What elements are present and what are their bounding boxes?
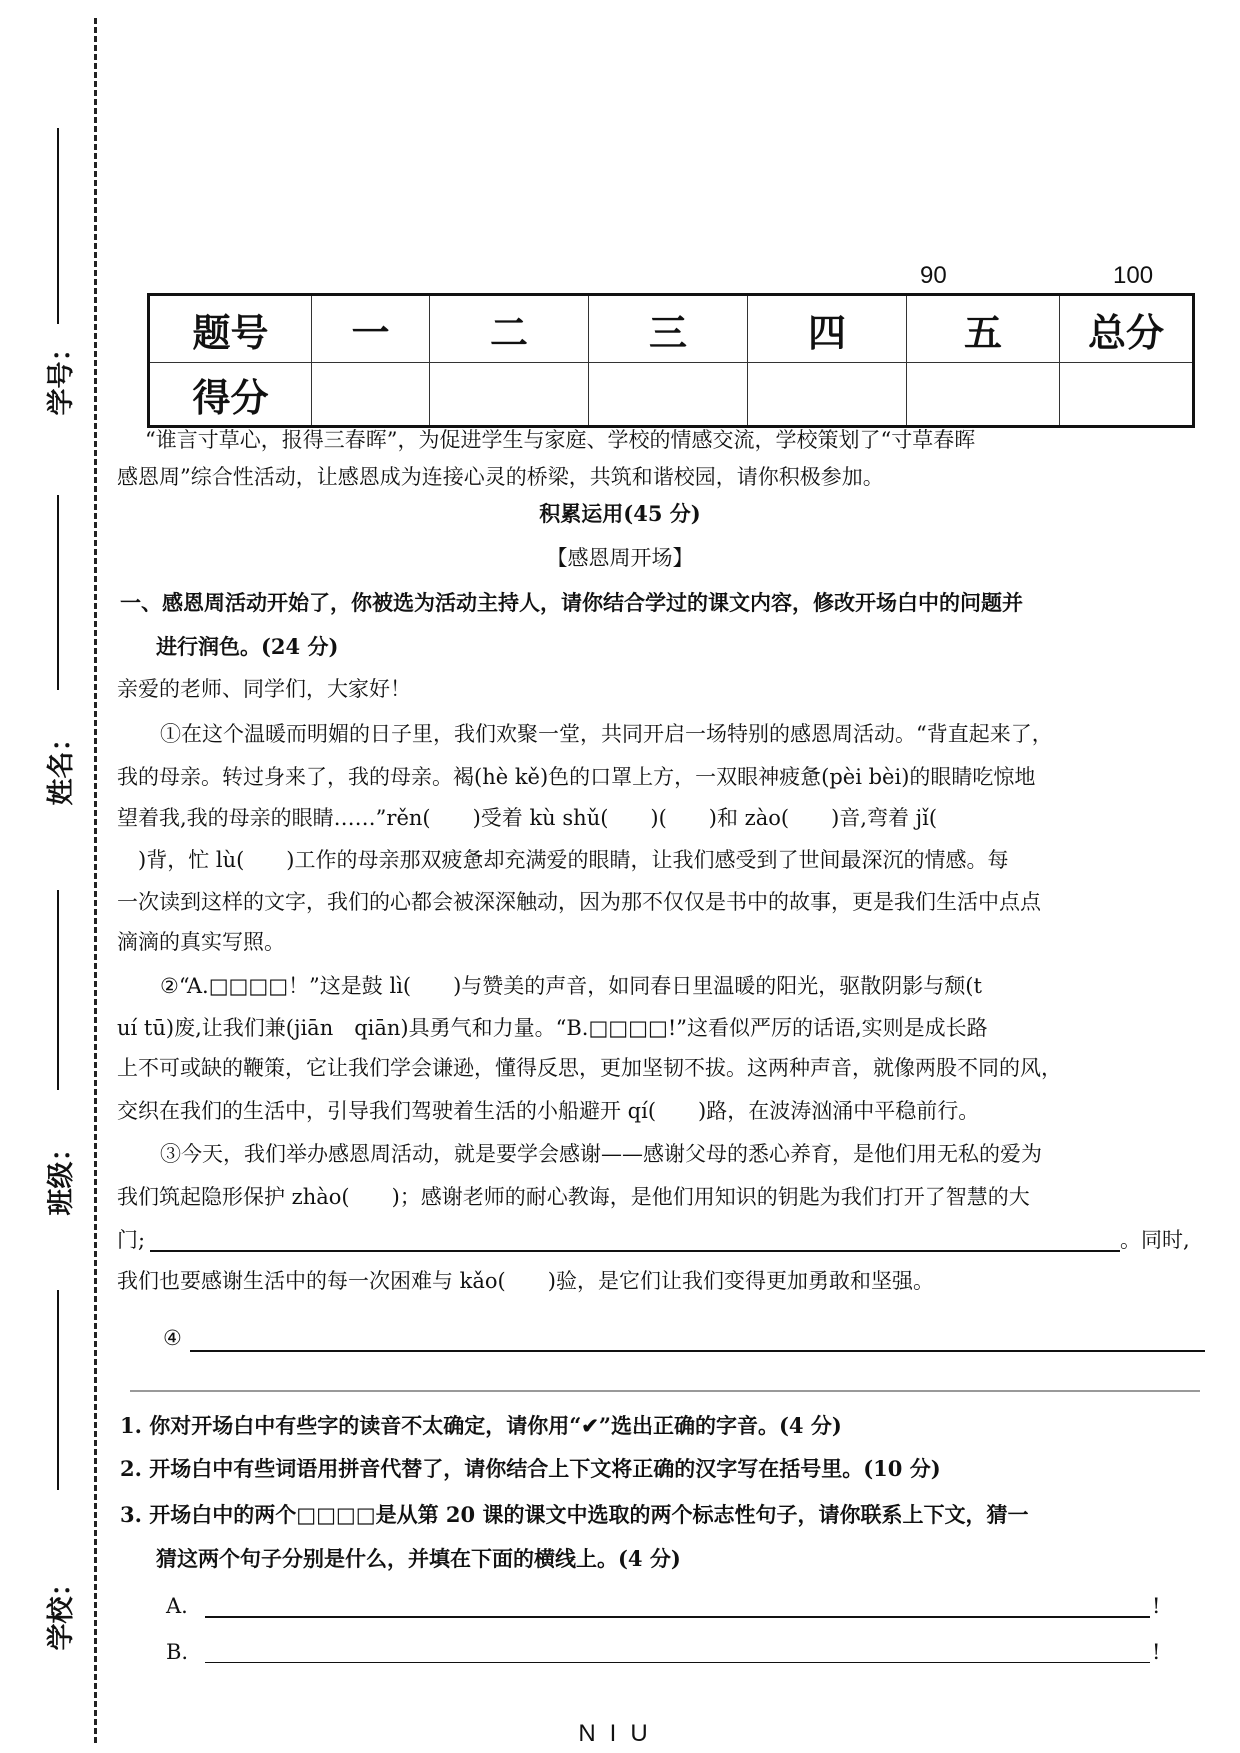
binding-dashed-line [94, 18, 97, 1743]
student-id-label: 学号： [28, 345, 88, 405]
answer-a-end: ! [1152, 1591, 1160, 1621]
p2-line: 上不可或缺的鞭策，它让我们学会谦逊，懂得反思，更加坚韧不拔。这两种声音，就像两股… [117, 1053, 1062, 1083]
score-table-header-row: 题号 一 二 三 四 五 总分 [149, 295, 1194, 363]
student-id-blank[interactable] [57, 128, 59, 324]
class-label: 班级： [28, 1145, 88, 1205]
p2-line: 交织在我们的生活中，引导我们驾驶着生活的小船避开 qí( )路，在波涛汹涌中平稳… [117, 1096, 979, 1126]
score-table-score-row: 得分 [149, 363, 1194, 427]
score-annotation-90: 90 [920, 262, 947, 290]
p3-line-tail: 。同时, [1120, 1225, 1190, 1255]
p3-line-door: 门; [117, 1225, 145, 1255]
p4-fill-blank[interactable] [190, 1350, 1205, 1352]
school-label: 学校： [28, 1580, 88, 1640]
section-divider [130, 1390, 1200, 1392]
intro-line-1: “谁言寸草心，报得三春晖”，为促进学生与家庭、学校的情感交流，学校策划了“寸草春… [145, 425, 975, 455]
header-cell: 二 [430, 295, 589, 363]
score-table: 题号 一 二 三 四 五 总分 得分 [147, 293, 1195, 428]
question-1-line-2: 进行润色。(24 分) [156, 632, 338, 662]
section-subtitle: 【感恩周开场】 [0, 543, 1240, 573]
page-footer: NIU [0, 1720, 1240, 1748]
p3-fill-blank[interactable] [150, 1250, 1120, 1252]
p4-label: ④ [163, 1323, 182, 1353]
score-row-label: 得分 [149, 363, 312, 427]
header-cell: 三 [589, 295, 748, 363]
p3-line: 我们筑起隐形保护 zhào( )；感谢老师的耐心教诲，是他们用知识的钥匙为我们打… [117, 1182, 1030, 1212]
section-title: 积累运用(45 分) [0, 499, 1240, 529]
question-1-line-1: 一、感恩周活动开始了，你被选为活动主持人，请你结合学过的课文内容，修改开场白中的… [120, 588, 1023, 618]
class-blank[interactable] [57, 890, 59, 1090]
score-cell[interactable] [907, 363, 1060, 427]
p1-line: 望着我,我的母亲的眼睛……”rěn( )受着 kù shǔ( )( )和 zào… [117, 803, 937, 833]
intro-line-2: 感恩周”综合性活动，让感恩成为连接心灵的桥梁，共筑和谐校园，请你积极参加。 [117, 462, 884, 492]
header-cell: 总分 [1060, 295, 1194, 363]
name-label: 姓名： [28, 735, 88, 795]
score-cell[interactable] [1060, 363, 1194, 427]
score-cell[interactable] [748, 363, 907, 427]
school-blank[interactable] [57, 1290, 59, 1490]
header-cell: 五 [907, 295, 1060, 363]
answer-a-label: A. [166, 1591, 188, 1621]
score-cell[interactable] [589, 363, 748, 427]
p1-line: ①在这个温暖而明媚的日子里，我们欢聚一堂，共同开启一场特别的感恩周活动。“背直起… [160, 719, 1053, 749]
sub-question-3-line-2: 猜这两个句子分别是什么，并填在下面的横线上。(4 分) [156, 1544, 681, 1574]
p3-line: 我们也要感谢生活中的每一次困难与 kǎo( )验，是它们让我们变得更加勇敢和坚强… [117, 1266, 934, 1296]
answer-a-blank[interactable] [205, 1616, 1150, 1618]
header-cell: 一 [312, 295, 430, 363]
sub-question-3-line-1: 3. 开场白中的两个□□□□是从第 20 课的课文中选取的两个标志性句子，请你联… [120, 1500, 1028, 1530]
p1-line: 我的母亲。转过身来了，我的母亲。褐(hè kě)色的口罩上方，一双眼神疲惫(pè… [117, 762, 1035, 792]
answer-b-end: ! [1152, 1637, 1160, 1667]
p1-line: )背，忙 lù( )工作的母亲那双疲惫却充满爱的眼睛，让我们感受到了世间最深沉的… [117, 845, 1009, 875]
sub-question-1: 1. 你对开场白中有些字的读音不太确定，请你用“✔”选出正确的字音。(4 分) [120, 1411, 842, 1441]
p2-line: ②“A.□□□□！”这是鼓 lì( )与赞美的声音，如同春日里温暖的阳光，驱散阴… [160, 971, 982, 1001]
p1-line: 一次读到这样的文字，我们的心都会被深深触动，因为那不仅仅是书中的故事，更是我们生… [117, 887, 1041, 917]
answer-b-blank[interactable] [205, 1662, 1150, 1663]
sub-question-2: 2. 开场白中有些词语用拼音代替了，请你结合上下文将正确的汉字写在括号里。(10… [120, 1454, 941, 1484]
header-cell: 四 [748, 295, 907, 363]
score-cell[interactable] [430, 363, 589, 427]
p1-line: 滴滴的真实写照。 [117, 927, 285, 957]
answer-b-label: B. [166, 1637, 188, 1667]
header-cell: 题号 [149, 295, 312, 363]
score-cell[interactable] [312, 363, 430, 427]
speech-greeting: 亲爱的老师、同学们，大家好！ [117, 674, 411, 704]
score-annotation-100: 100 [1113, 262, 1153, 290]
p2-line: uí tū)废,让我们兼(jiān qiān)具勇气和力量。“B.□□□□!”这… [117, 1013, 988, 1043]
p3-line: ③今天，我们举办感恩周活动，就是要学会感谢——感谢父母的悉心养育，是他们用无私的… [160, 1139, 1042, 1169]
